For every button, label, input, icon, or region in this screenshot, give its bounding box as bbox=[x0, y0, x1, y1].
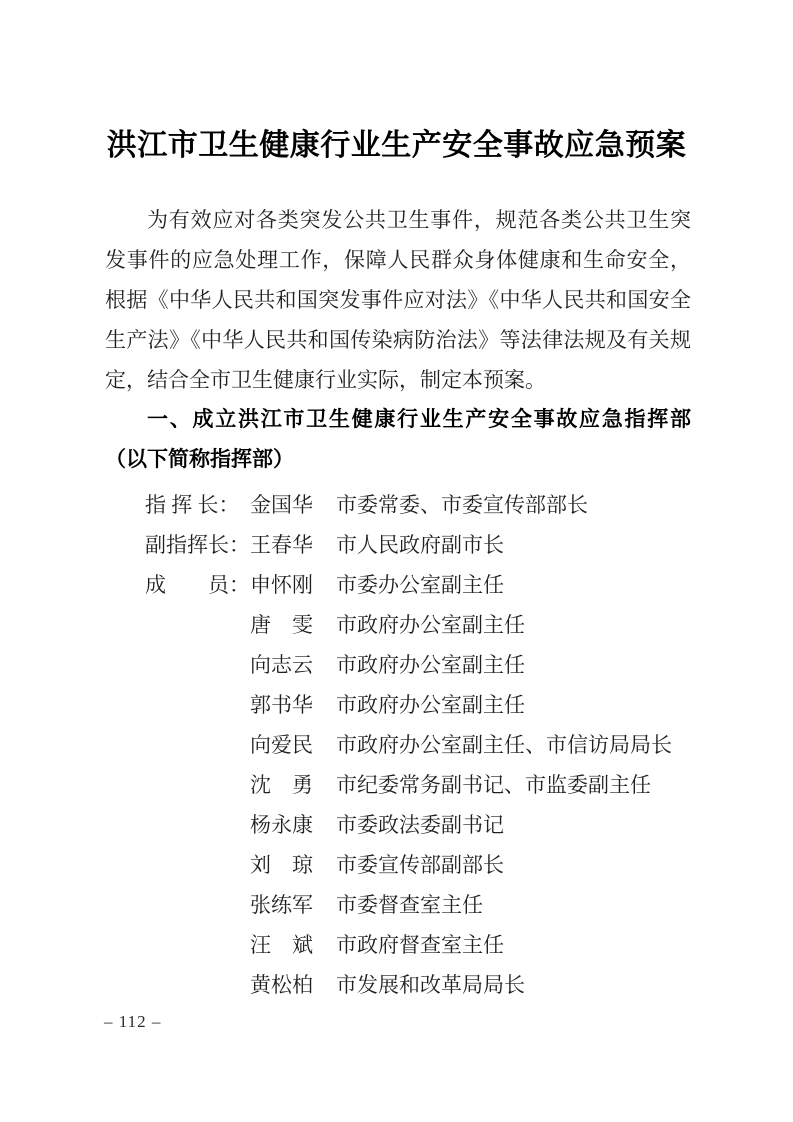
page-number: – 112 – bbox=[104, 1002, 161, 1042]
roster-role bbox=[145, 765, 250, 805]
roster-post: 市委常委、市委宣传部部长 bbox=[336, 485, 588, 525]
intro-paragraph: 为有效应对各类突发公共卫生事件，规范各类公共卫生突发事件的应急处理工作，保障人民… bbox=[105, 200, 691, 400]
roster-person-name: 向爱民 bbox=[250, 725, 314, 765]
roster-role bbox=[145, 965, 250, 1005]
roster-row: 向爱民 市政府办公室副主任、市信访局局长 bbox=[145, 725, 793, 765]
roster-role bbox=[145, 605, 250, 645]
roster-row: 张练军 市委督查室主任 bbox=[145, 885, 793, 925]
roster-row: 向志云 市政府办公室副主任 bbox=[145, 645, 793, 685]
roster-person-name: 申怀刚 bbox=[250, 565, 314, 605]
roster-post: 市政府办公室副主任 bbox=[336, 605, 525, 645]
roster-role: 副指挥长： bbox=[145, 525, 250, 565]
roster-list: 指 挥 长： 金国华 市委常委、市委宣传部部长 副指挥长： 王春华 市人民政府副… bbox=[145, 485, 793, 1005]
roster-person-name: 张练军 bbox=[250, 885, 314, 925]
roster-post: 市委督查室主任 bbox=[336, 885, 483, 925]
roster-post: 市政府办公室副主任、市信访局局长 bbox=[336, 725, 672, 765]
roster-person-name: 金国华 bbox=[250, 485, 314, 525]
roster-role: 成 员： bbox=[145, 565, 250, 605]
roster-row: 杨永康 市委政法委副书记 bbox=[145, 805, 793, 845]
roster-person-name: 汪 斌 bbox=[250, 925, 314, 965]
roster-post: 市人民政府副市长 bbox=[336, 525, 504, 565]
roster-row: 指 挥 长： 金国华 市委常委、市委宣传部部长 bbox=[145, 485, 793, 525]
roster-post: 市委政法委副书记 bbox=[336, 805, 504, 845]
roster-row: 副指挥长： 王春华 市人民政府副市长 bbox=[145, 525, 793, 565]
roster-role bbox=[145, 685, 250, 725]
roster-person-name: 唐 雯 bbox=[250, 605, 314, 645]
roster-person-name: 沈 勇 bbox=[250, 765, 314, 805]
roster-row: 成 员： 申怀刚 市委办公室副主任 bbox=[145, 565, 793, 605]
section-heading: 一、成立洪江市卫生健康行业生产安全事故应急指挥部（以下简称指挥部） bbox=[105, 400, 691, 480]
roster-post: 市委宣传部副部长 bbox=[336, 845, 504, 885]
roster-row: 沈 勇 市纪委常务副书记、市监委副主任 bbox=[145, 765, 793, 805]
roster-row: 刘 琼 市委宣传部副部长 bbox=[145, 845, 793, 885]
roster-role bbox=[145, 925, 250, 965]
roster-role: 指 挥 长： bbox=[145, 485, 250, 525]
roster-post: 市政府督查室主任 bbox=[336, 925, 504, 965]
roster-row: 唐 雯 市政府办公室副主任 bbox=[145, 605, 793, 645]
roster-person-name: 杨永康 bbox=[250, 805, 314, 845]
roster-post: 市政府办公室副主任 bbox=[336, 645, 525, 685]
roster-row: 郭书华 市政府办公室副主任 bbox=[145, 685, 793, 725]
roster-person-name: 王春华 bbox=[250, 525, 314, 565]
roster-role bbox=[145, 645, 250, 685]
roster-role bbox=[145, 725, 250, 765]
roster-post: 市纪委常务副书记、市监委副主任 bbox=[336, 765, 651, 805]
roster-post: 市发展和改革局局长 bbox=[336, 965, 525, 1005]
roster-person-name: 向志云 bbox=[250, 645, 314, 685]
roster-row: 汪 斌 市政府督查室主任 bbox=[145, 925, 793, 965]
roster-role bbox=[145, 845, 250, 885]
roster-post: 市政府办公室副主任 bbox=[336, 685, 525, 725]
roster-person-name: 黄松柏 bbox=[250, 965, 314, 1005]
roster-person-name: 刘 琼 bbox=[250, 845, 314, 885]
document-page: 洪江市卫生健康行业生产安全事故应急预案 为有效应对各类突发公共卫生事件，规范各类… bbox=[0, 0, 793, 1122]
roster-role bbox=[145, 885, 250, 925]
page-title: 洪江市卫生健康行业生产安全事故应急预案 bbox=[0, 0, 793, 168]
roster-row: 黄松柏 市发展和改革局局长 bbox=[145, 965, 793, 1005]
roster-role bbox=[145, 805, 250, 845]
roster-person-name: 郭书华 bbox=[250, 685, 314, 725]
roster-post: 市委办公室副主任 bbox=[336, 565, 504, 605]
